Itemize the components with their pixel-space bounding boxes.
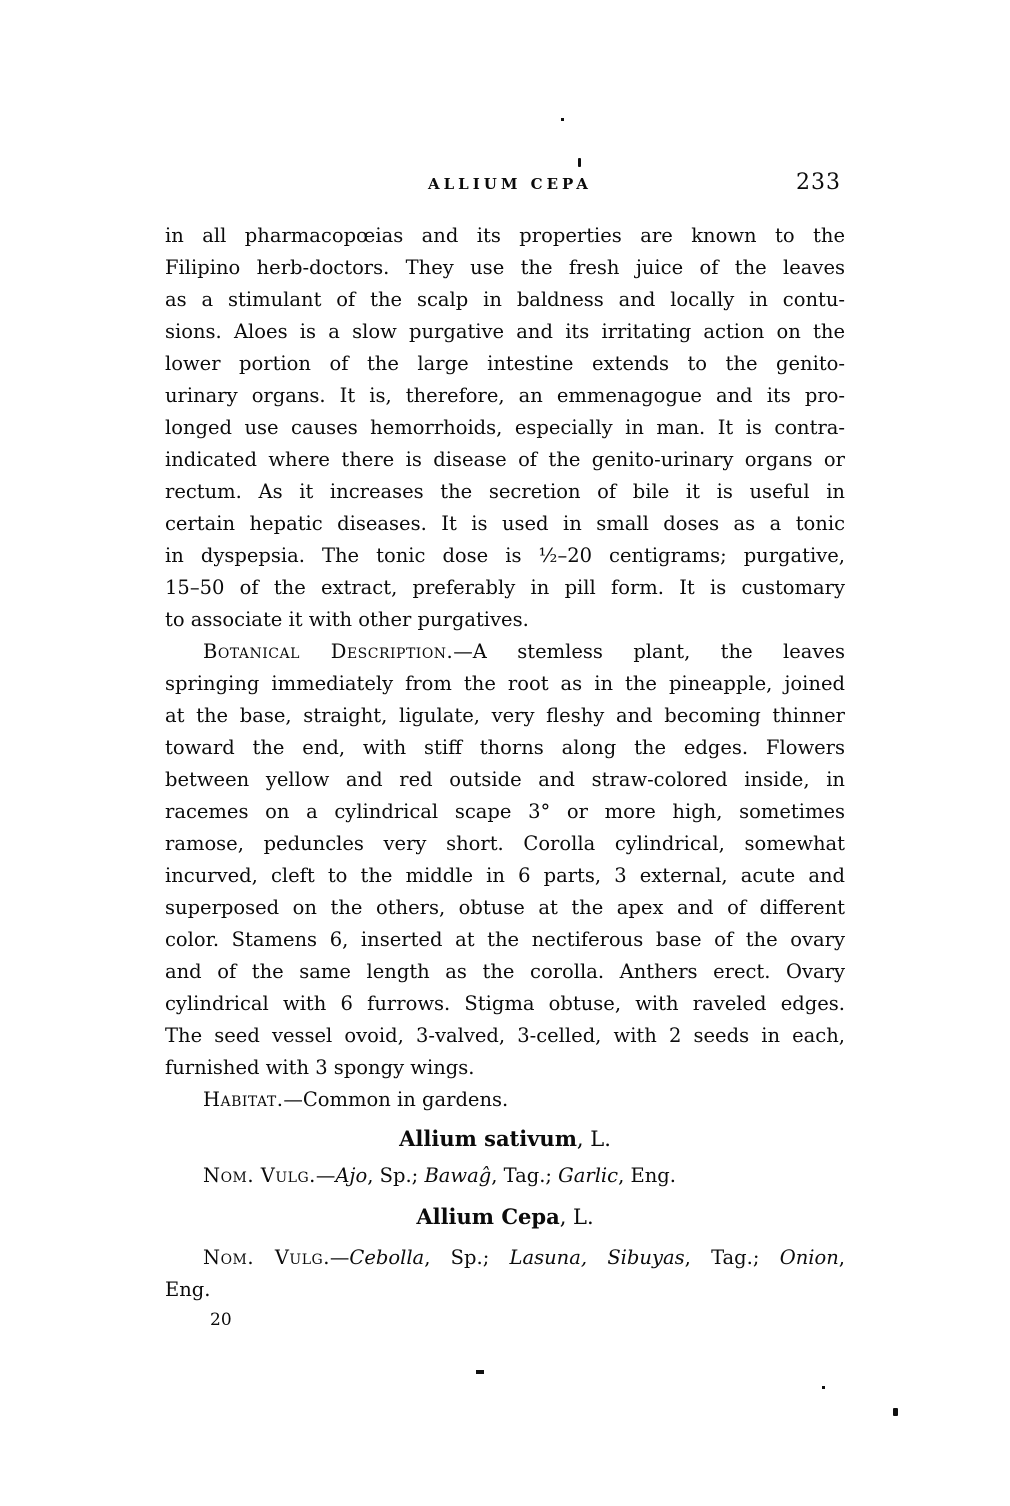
text-run: in dyspepsia. The tonic dose is ½–20 cen… <box>165 544 845 567</box>
paragraph-aloes-line-9: rectum. As it increases the secretion of… <box>165 476 845 508</box>
botanical-description-lead-line: Botanical Description.—A stemless plant,… <box>165 636 845 668</box>
text-run: longed use causes hemorrhoids, especiall… <box>165 416 845 439</box>
text-run: racemes on a cylindrical scape 3° or mor… <box>165 800 845 823</box>
text-run: , <box>839 1246 845 1269</box>
text-run: ramose, peduncles very short. Corolla cy… <box>165 832 845 855</box>
text-run: , Tag.; <box>685 1246 780 1269</box>
text-run: to associate it with other purgatives. <box>165 608 529 631</box>
botanical-description-line-14: furnished with 3 spongy wings. <box>165 1052 845 1084</box>
text-run: — <box>316 1164 336 1187</box>
botanical-description-line-5: between yellow and red outside and straw… <box>165 764 845 796</box>
paragraph-aloes-line-5: lower portion of the large intestine ext… <box>165 348 845 380</box>
text-run: incurved, cleft to the middle in 6 parts… <box>165 864 845 887</box>
text-run: Lasuna, Sibuyas <box>510 1246 685 1269</box>
text-run: furnished with 3 spongy wings. <box>165 1056 474 1079</box>
paragraph-aloes-line-1: in all pharmacopœias and its properties … <box>165 220 845 252</box>
text-run: , Sp.; <box>424 1246 509 1269</box>
text-run: Nom. Vulg. <box>203 1246 330 1269</box>
nom-vulg-allium-cepa-line-2: Eng. <box>165 1274 845 1306</box>
text-run: springing immediately from the root as i… <box>165 672 845 695</box>
text-run: , L. <box>577 1127 611 1151</box>
paragraph-aloes-line-10: certain hepatic diseases. It is used in … <box>165 508 845 540</box>
text-run: —A stemless plant, the leaves <box>453 640 845 663</box>
text-run: Eng. <box>165 1278 210 1301</box>
text-run: Allium sativum <box>399 1126 577 1151</box>
text-run: Allium Cepa <box>416 1204 559 1229</box>
page-body-text: in all pharmacopœias and its properties … <box>165 220 845 1334</box>
botanical-description-line-2: springing immediately from the root as i… <box>165 668 845 700</box>
running-header-title: ALLIUM CEPA <box>428 175 592 193</box>
text-run: 20 <box>210 1310 232 1330</box>
book-page: ALLIUM CEPA 233 in all pharmacopœias and… <box>0 0 1010 1506</box>
botanical-description-line-13: The seed vessel ovoid, 3-valved, 3-celle… <box>165 1020 845 1052</box>
botanical-description-line-11: and of the same length as the corolla. A… <box>165 956 845 988</box>
habitat-line: Habitat.—Common in gardens. <box>165 1084 845 1116</box>
paragraph-aloes-line-12: 15–50 of the extract, preferably in pill… <box>165 572 845 604</box>
text-run: Nom. Vulg. <box>203 1164 316 1187</box>
text-run: , Tag.; <box>491 1164 558 1187</box>
text-run: sions. Aloes is a slow purgative and its… <box>165 320 845 343</box>
text-run: indicated where there is disease of the … <box>165 448 845 471</box>
text-run: Cebolla <box>349 1246 424 1269</box>
text-run: Garlic <box>558 1164 618 1187</box>
text-run: , L. <box>560 1205 594 1229</box>
text-run: between yellow and red outside and straw… <box>165 768 845 791</box>
text-run: Botanical Description. <box>203 640 453 663</box>
paragraph-aloes-line-13: to associate it with other purgatives. <box>165 604 845 636</box>
text-run: cylindrical with 6 furrows. Stigma obtus… <box>165 992 845 1015</box>
scan-ink-speck <box>561 118 564 121</box>
paragraph-aloes-line-7: longed use causes hemorrhoids, especiall… <box>165 412 845 444</box>
text-run: in all pharmacopœias and its properties … <box>165 224 845 247</box>
botanical-description-line-9: superposed on the others, obtuse at the … <box>165 892 845 924</box>
botanical-description-line-4: toward the end, with stiff thorns along … <box>165 732 845 764</box>
text-run: Ajo <box>335 1164 367 1187</box>
botanical-description-line-3: at the base, straight, ligulate, very fl… <box>165 700 845 732</box>
text-run: , Sp.; <box>367 1164 424 1187</box>
botanical-description-line-6: racemes on a cylindrical scape 3° or mor… <box>165 796 845 828</box>
scan-ink-speck <box>476 1370 484 1374</box>
paragraph-aloes-line-8: indicated where there is disease of the … <box>165 444 845 476</box>
species-heading-allium-sativum: Allium sativum, L. <box>165 1122 845 1156</box>
scan-ink-speck <box>893 1408 898 1416</box>
text-run: Filipino herb-doctors. They use the fres… <box>165 256 845 279</box>
scan-ink-speck <box>822 1386 825 1389</box>
text-run: color. Stamens 6, inserted at the nectif… <box>165 928 845 951</box>
botanical-description-line-7: ramose, peduncles very short. Corolla cy… <box>165 828 845 860</box>
paragraph-aloes-line-3: as a stimulant of the scalp in baldness … <box>165 284 845 316</box>
text-run: certain hepatic diseases. It is used in … <box>165 512 845 535</box>
text-run: toward the end, with stiff thorns along … <box>165 736 845 759</box>
text-run: Onion <box>780 1246 839 1269</box>
nom-vulg-allium-sativum: Nom. Vulg.—Ajo, Sp.; Bawaĝ, Tag.; Garlic… <box>165 1160 845 1192</box>
text-run: lower portion of the large intestine ext… <box>165 352 845 375</box>
signature-mark: 20 <box>165 1306 845 1334</box>
text-run: rectum. As it increases the secretion of… <box>165 480 845 503</box>
paragraph-aloes-line-6: urinary organs. It is, therefore, an emm… <box>165 380 845 412</box>
text-run: Bawaĝ <box>424 1164 491 1187</box>
botanical-description-line-10: color. Stamens 6, inserted at the nectif… <box>165 924 845 956</box>
botanical-description-line-12: cylindrical with 6 furrows. Stigma obtus… <box>165 988 845 1020</box>
text-run: Habitat. <box>203 1088 283 1111</box>
botanical-description-line-8: incurved, cleft to the middle in 6 parts… <box>165 860 845 892</box>
text-run: and of the same length as the corolla. A… <box>165 960 845 983</box>
scan-ink-speck <box>578 158 581 167</box>
text-run: 15–50 of the extract, preferably in pill… <box>165 576 845 599</box>
text-run: —Common in gardens. <box>283 1088 508 1111</box>
text-run: superposed on the others, obtuse at the … <box>165 896 845 919</box>
text-run: urinary organs. It is, therefore, an emm… <box>165 384 845 407</box>
text-run: The seed vessel ovoid, 3-valved, 3-celle… <box>165 1024 845 1047</box>
paragraph-aloes-line-11: in dyspepsia. The tonic dose is ½–20 cen… <box>165 540 845 572</box>
text-run: at the base, straight, ligulate, very fl… <box>165 704 845 727</box>
page-number: 233 <box>796 170 841 195</box>
nom-vulg-allium-cepa-line-1: Nom. Vulg.—Cebolla, Sp.; Lasuna, Sibuyas… <box>165 1242 845 1274</box>
text-run: , Eng. <box>618 1164 676 1187</box>
species-heading-allium-cepa: Allium Cepa, L. <box>165 1200 845 1234</box>
text-run: — <box>330 1246 350 1269</box>
paragraph-aloes-line-4: sions. Aloes is a slow purgative and its… <box>165 316 845 348</box>
text-run: as a stimulant of the scalp in baldness … <box>165 288 845 311</box>
paragraph-aloes-line-2: Filipino herb-doctors. They use the fres… <box>165 252 845 284</box>
